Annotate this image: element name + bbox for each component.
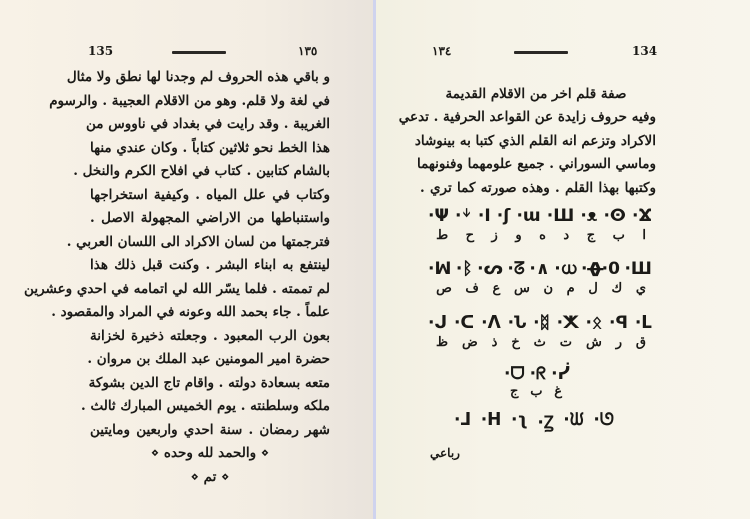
cipher-glyph: ·ʅ xyxy=(511,410,528,433)
cipher-glyph-row: ·ᒧ ·ᕼ ·ʅ ·Ꙁ ·ᙎ ·ᘎ xyxy=(454,410,614,433)
text-line: الغريبة . وقد رايت في بغداد في ناووس من xyxy=(90,113,330,137)
cipher-glyph: ·ᕼ xyxy=(481,410,502,433)
text-line: فترجمتها من لسان الاكراد الى اللسان العر… xyxy=(90,231,330,255)
arabic-letter: ب xyxy=(530,384,542,399)
cipher-glyph: ·ᒍ xyxy=(428,313,447,333)
right-page-header: ١٣٤ 134 xyxy=(376,44,750,60)
cipher-glyph: ·ᘎ xyxy=(593,410,614,433)
arabic-letter: و xyxy=(515,228,521,243)
cipher-glyph: ·ᛒ xyxy=(456,259,473,279)
text-line: ملكه وسلطنته . يوم الخميس المبارك ثالث . xyxy=(90,395,330,419)
cipher-glyph-row: ·ᗜ ·ᖇ ·ᓰ xyxy=(504,364,570,384)
cipher-glyph: ·∧ xyxy=(529,259,549,279)
cipher-glyph: ·Ն xyxy=(508,313,527,333)
cipher-glyph: ·ᓰ xyxy=(551,364,570,384)
cipher-glyph: ·Ш xyxy=(624,259,651,279)
header-rule xyxy=(514,51,568,54)
cipher-glyph: ·ⵙ xyxy=(603,206,625,226)
arabic-letter-row: ق ر ش ت ث خ ذ ض ظ xyxy=(436,335,646,350)
text-line: الاكراد وتزعم انه القلم الذي كتبا به بين… xyxy=(420,130,656,154)
arabic-letter: د xyxy=(563,228,569,243)
cipher-glyph: ·ᛥ xyxy=(533,313,550,333)
cipher-glyph: ·ᙎ xyxy=(563,410,584,433)
text-line: وكتبها بهذا القلم . وهذه صورته كما تري . xyxy=(420,177,656,201)
cipher-glyph: ·ᒧ xyxy=(454,410,471,433)
page-number-latin: 134 xyxy=(632,44,657,58)
arabic-letter: ض xyxy=(462,335,478,350)
arabic-letter: ع xyxy=(493,281,501,296)
arabic-letter: ه xyxy=(539,228,546,243)
arabic-letter: ص xyxy=(436,281,452,296)
cipher-glyph: ·ᗜ xyxy=(504,364,525,384)
arabic-letter: س xyxy=(514,281,530,296)
left-page-body: و باقي هذه الحروف لم وجدنا لها نطق ولا م… xyxy=(90,66,330,489)
cipher-glyph: ·0 xyxy=(602,259,620,279)
text-line: بالشام كتابين . كتاب في افلاح الكرم والن… xyxy=(90,160,330,184)
cipher-glyph: ·ᐱ xyxy=(481,313,501,333)
page-number-arabic: ١٣٥ xyxy=(298,44,317,58)
page-number-latin: 135 xyxy=(88,44,113,58)
header-rule xyxy=(172,51,226,54)
page-number-arabic: ١٣٤ xyxy=(432,44,451,58)
text-line: حضرة امير المومنين عبد الملك بن مروان . xyxy=(90,348,330,372)
text-line: لم تممته . فلما يسّر الله لي اتمامه في ا… xyxy=(90,278,330,302)
arabic-letter: غ xyxy=(554,384,562,399)
arabic-letter-row: ا ب ج د ه و ز ح ط xyxy=(436,228,646,243)
left-page: 135 ١٣٥ و باقي هذه الحروف لم وجدنا لها ن… xyxy=(0,0,374,519)
cipher-glyph: ·ꟽ xyxy=(428,259,451,279)
arabic-letter: ق xyxy=(636,335,646,350)
cipher-glyph-row: ·Ψ ·ᛎ ·Ӏ ·ʃ ·ɯ ·Ш ·ᴥ ·ⵙ ·Ϫ xyxy=(428,206,652,226)
cipher-glyph: ·ᴥ xyxy=(580,206,597,226)
left-page-header: 135 ١٣٥ xyxy=(0,44,374,60)
arabic-letter: ذ xyxy=(492,335,498,350)
arabic-letter-row: غ ب ج xyxy=(510,384,562,399)
right-page-body: وفيه حروف زايدة عن القواعد الحرفية . تدع… xyxy=(420,106,656,200)
cipher-glyph: ·ᚖ xyxy=(581,259,597,279)
cipher-glyph: ·ᒪ xyxy=(635,313,652,333)
arabic-letter: ج xyxy=(587,228,595,243)
cipher-glyph: ·Ꙁ xyxy=(537,410,553,433)
closing-line: ⋄ والحمد لله وحده ⋄ xyxy=(90,442,330,466)
cipher-glyph: ·ᖇ xyxy=(530,364,547,384)
cipher-glyph: ·ɯ xyxy=(516,206,540,226)
text-line: لينتفع به ابناء البشر . وكنت قبل ذلك هذا xyxy=(90,254,330,278)
arabic-letter: ن xyxy=(543,281,553,296)
arabic-letter: ث xyxy=(534,335,546,350)
cipher-glyph: ·ᛟ xyxy=(586,313,603,333)
cipher-glyph-row: ·ꟽ ·ᛒ ·ᔕ ·ᘔ ·∧ ·ധ ·ᚖ ·0 ·Ш xyxy=(428,259,652,279)
cipher-glyph: ·Ш xyxy=(547,206,574,226)
arabic-letter: ش xyxy=(586,335,602,350)
arabic-letter: ل xyxy=(588,281,597,296)
text-line: هذا الخط نحو ثلاثين كتاباً . وكان عندي م… xyxy=(90,137,330,161)
catchword: رباعي xyxy=(430,446,460,460)
cipher-glyph: ·ꟼ xyxy=(609,313,628,333)
cipher-glyph: ·ᑕ xyxy=(454,313,474,333)
arabic-letter: ا xyxy=(642,228,646,243)
arabic-letter: ط xyxy=(436,228,448,243)
cipher-glyph: ·ⵅ xyxy=(557,313,579,333)
arabic-letter: م xyxy=(567,281,575,296)
arabic-letter: ك xyxy=(611,281,622,296)
text-line: في لغة ولا قلم. وهو من الاقلام العجيبة .… xyxy=(90,90,330,114)
text-line: واستنباطها من الاراضي المجهولة الاصل . xyxy=(90,207,330,231)
arabic-letter: ب xyxy=(613,228,625,243)
text-line: وفيه حروف زايدة عن القواعد الحرفية . تدع… xyxy=(420,106,656,130)
arabic-letter: ي xyxy=(636,281,646,296)
text-line: وكتاب في علل المياه . وكيفية استخراجها xyxy=(90,184,330,208)
cipher-glyph: ·Ψ xyxy=(428,206,449,226)
text-line: شهر رمضان . سنة احدي واربعين ومايتين xyxy=(90,419,330,443)
colophon-end: ⋄ تم ⋄ xyxy=(90,466,330,490)
cipher-glyph: ·ധ xyxy=(554,259,576,279)
text-line: متعه بسعادة دولته . واقام تاج الدين بشوك… xyxy=(90,372,330,396)
text-line: و باقي هذه الحروف لم وجدنا لها نطق ولا م… xyxy=(90,66,330,90)
arabic-letter: ظ xyxy=(436,335,448,350)
cipher-glyph: ·ᛎ xyxy=(455,206,472,226)
arabic-letter: ح xyxy=(466,228,474,243)
arabic-letter: ت xyxy=(560,335,572,350)
cipher-glyph-row: ·ᒍ ·ᑕ ·ᐱ ·Ն ·ᛥ ·ⵅ ·ᛟ ·ꟼ ·ᒪ xyxy=(428,313,652,333)
arabic-letter: خ xyxy=(511,335,519,350)
arabic-letter: ف xyxy=(465,281,478,296)
cipher-glyph: ·Ϫ xyxy=(632,206,652,226)
arabic-letter: ج xyxy=(510,384,518,399)
arabic-letter-row: ي ك ل م ن س ع ف ص xyxy=(436,281,646,296)
arabic-letter: ز xyxy=(492,228,498,243)
text-line: وماسي السوراني . جميع علومهما وفنونهما xyxy=(420,153,656,177)
section-title: صفة قلم اخر من الاقلام القديمة xyxy=(416,86,656,102)
cipher-glyph: ·ᔕ xyxy=(477,259,503,279)
right-page: ١٣٤ 134 صفة قلم اخر من الاقلام القديمة و… xyxy=(376,0,750,519)
cipher-glyph: ·Ӏ xyxy=(478,206,491,226)
text-line: بعون الرب المعبود . وجعلته ذخيرة لخزانة xyxy=(90,325,330,349)
text-line: علماً . جاء بحمد الله وعونه في المراد وا… xyxy=(90,301,330,325)
arabic-letter: ر xyxy=(616,335,622,350)
cipher-glyph: ·ᘔ xyxy=(507,259,524,279)
cipher-glyph: ·ʃ xyxy=(497,206,511,226)
